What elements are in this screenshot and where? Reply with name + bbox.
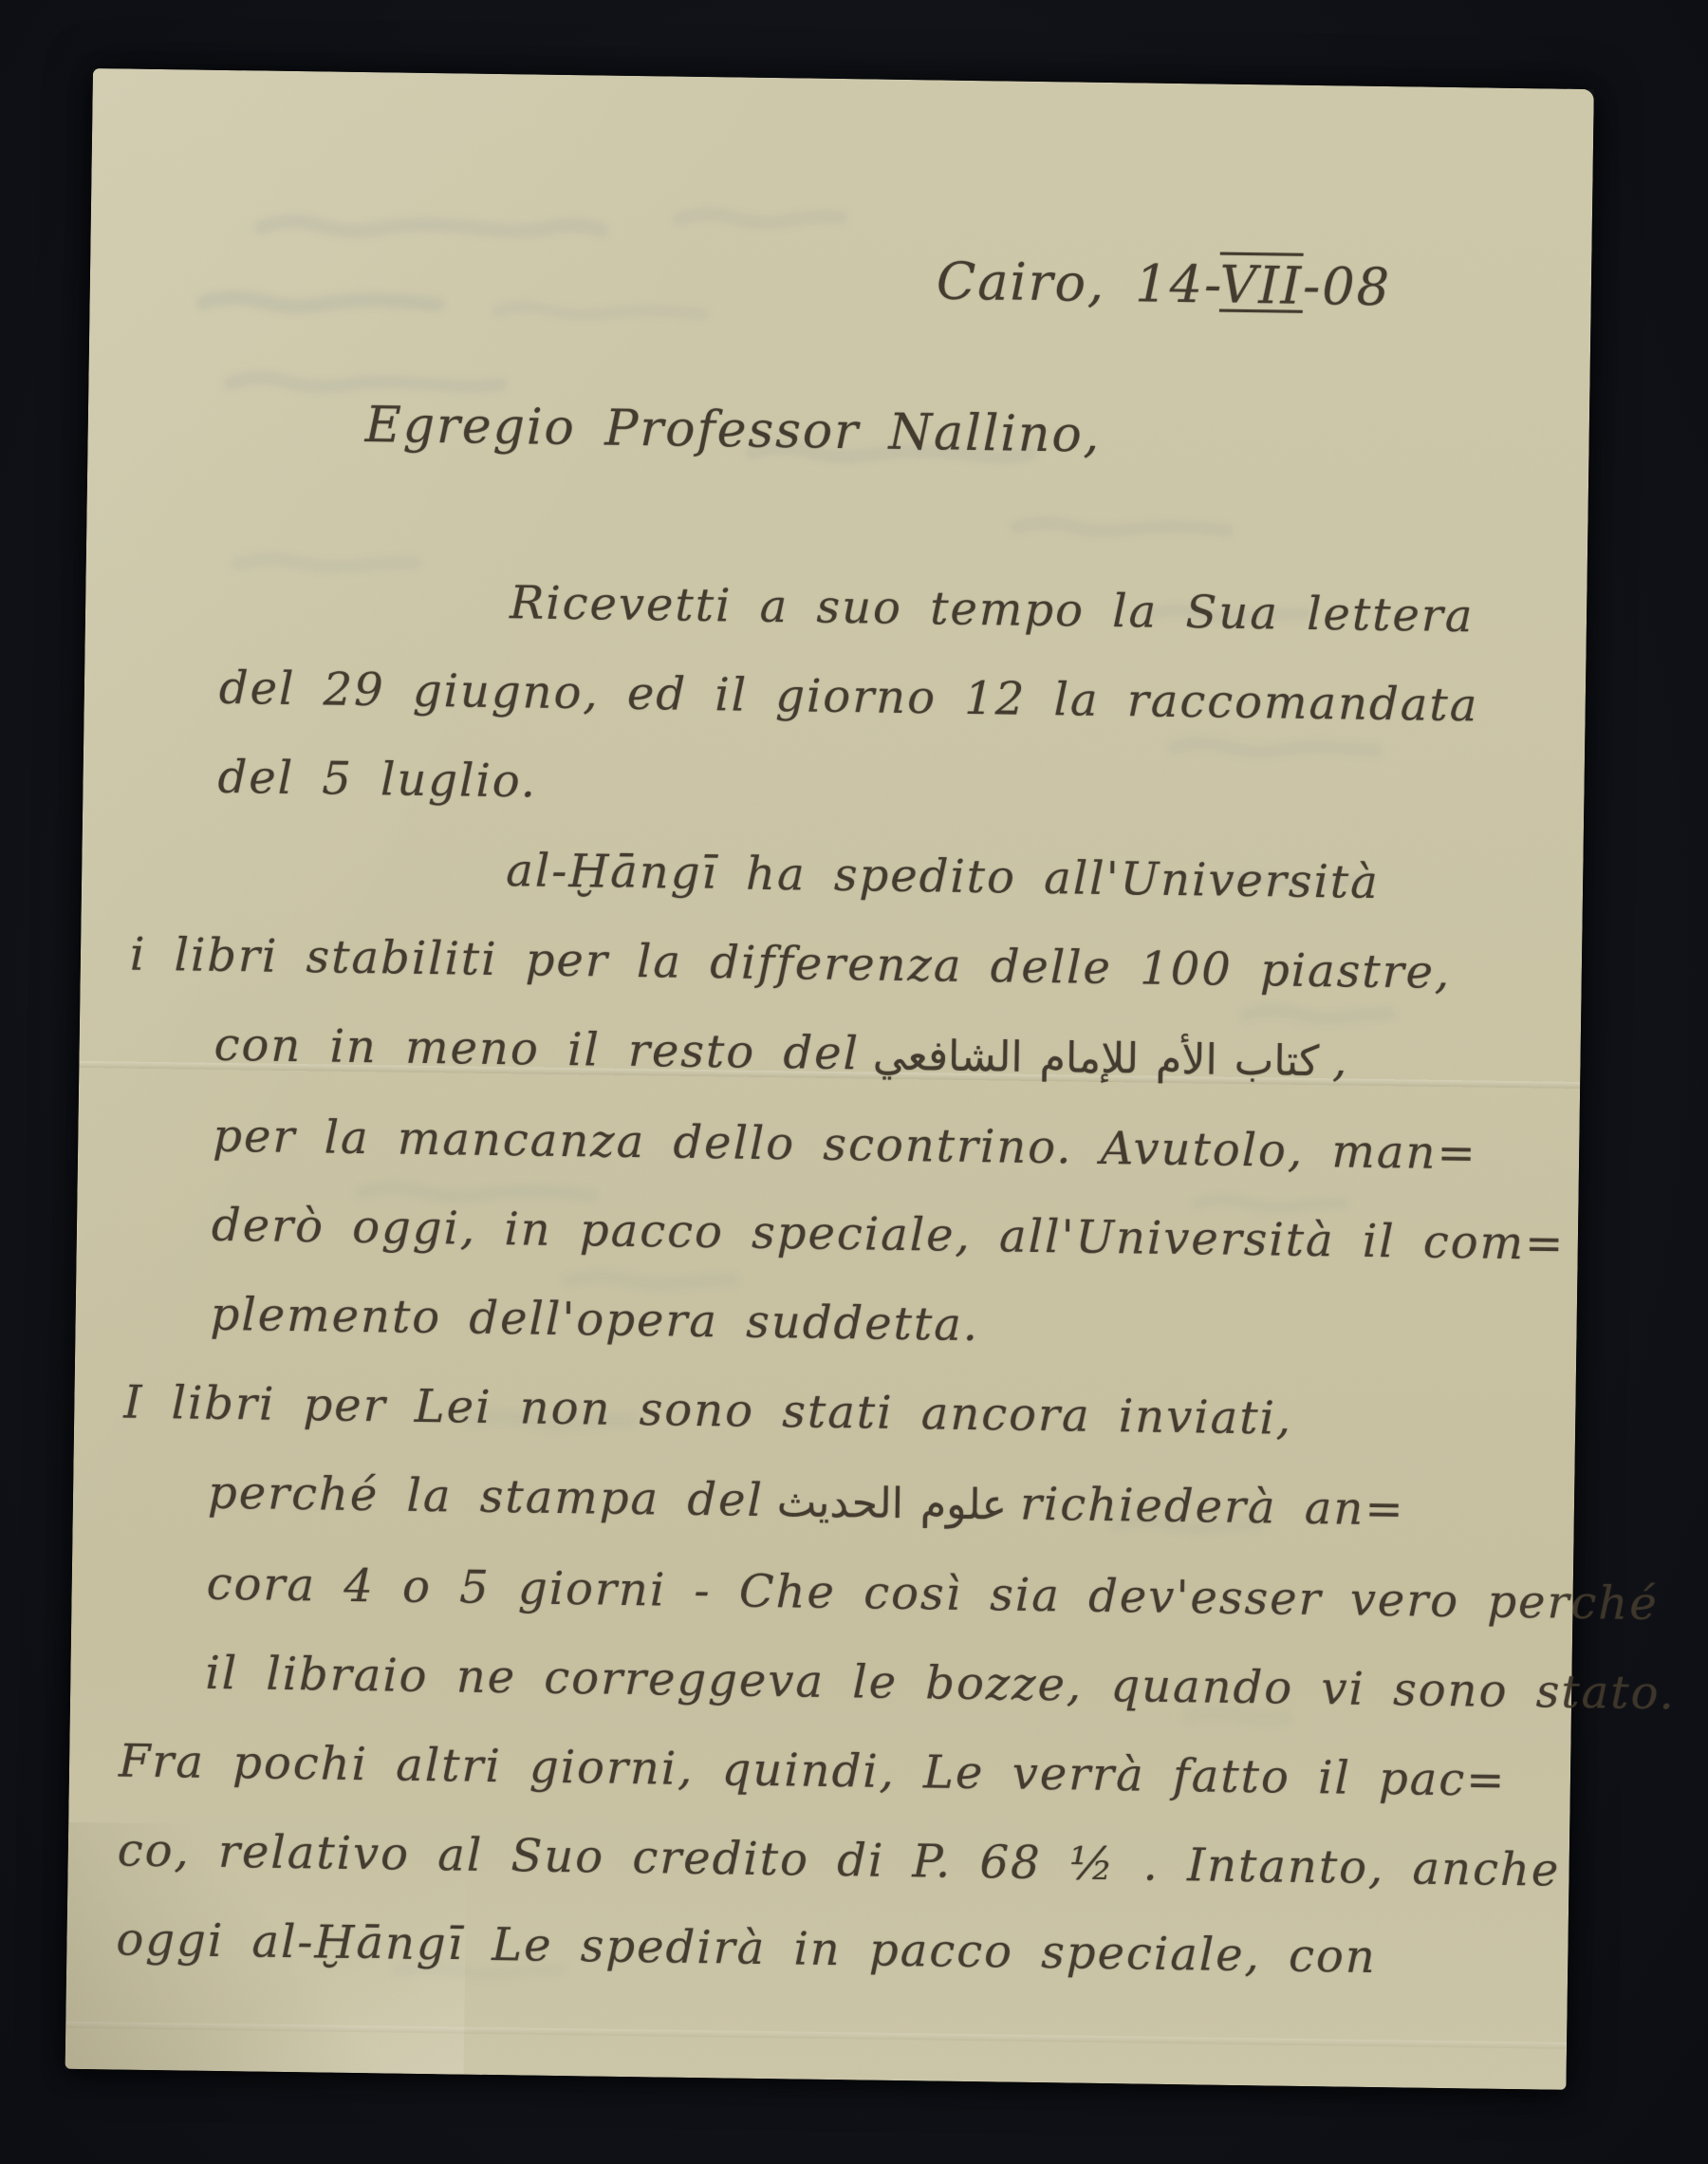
letter-text-segment: -08 xyxy=(1303,256,1392,317)
letter-text-segment: co, relativo al Suo credito di P. 68 ½ .… xyxy=(117,1824,1560,1897)
letter-text-segment: al-Ḫāngī ha spedito all'Università xyxy=(506,844,1380,909)
letter-text-segment: plemento dell'opera suddetta. xyxy=(210,1288,979,1352)
letter-text-segment: Egregio Professor Nallino, xyxy=(364,397,1101,464)
photo-background: Cairo, 14-VII-08Egregio Professor Nallin… xyxy=(0,0,1708,2164)
arabic-text-segment: كتاب الأم للإمام الشافعي xyxy=(860,1031,1333,1086)
letter-text-segment: del 5 luglio. xyxy=(217,751,537,809)
letter-text-segment: per la mancanza dello scontrino. Avutolo… xyxy=(213,1110,1477,1181)
arabic-text-segment: علوم الحديث xyxy=(764,1478,1021,1530)
letter-text-segment: Ricevetti a suo tempo la Sua lettera xyxy=(510,576,1475,643)
letter-text-segment: richiederà an= xyxy=(1020,1478,1405,1537)
letter-text-segment: VII xyxy=(1219,255,1304,316)
letter-text-segment: , xyxy=(1332,1034,1347,1087)
letter-body: Cairo, 14-VII-08Egregio Professor Nallin… xyxy=(65,68,1594,2090)
letter-text-segment: derò oggi, in pacco speciale, all'Univer… xyxy=(212,1199,1566,1271)
letter-text-segment: Cairo, 14- xyxy=(937,251,1220,314)
letter-line: oggi al-Ḫāngī Le spedirà in pacco specia… xyxy=(116,1895,1569,2005)
letter-text-segment: I libri per Lei non sono stati ancora in… xyxy=(123,1376,1293,1446)
letter-line: Egregio Professor Nallino, xyxy=(364,381,1589,487)
letter-text-segment: oggi al-Ḫāngī Le spedirà in pacco specia… xyxy=(116,1913,1377,1985)
letter-text-segment: del 29 giugno, ed il giorno 12 la raccom… xyxy=(219,662,1479,733)
letter-text-segment: cora 4 o 5 giorni - Che così sia dev'ess… xyxy=(206,1558,1659,1631)
letter-line: Ricevetti a suo tempo la Sua lettera xyxy=(510,558,1587,662)
letter-line: al-Ḫāngī ha spedito all'Università xyxy=(506,826,1584,930)
letter-page: Cairo, 14-VII-08Egregio Professor Nallin… xyxy=(65,68,1594,2090)
letter-text-segment: con in meno il resto del xyxy=(213,1018,860,1080)
letter-text-segment: il libraio ne correggeva le bozze, quand… xyxy=(205,1647,1676,1721)
letter-text-segment: perché la stampa del xyxy=(208,1466,765,1527)
letter-text-segment: Fra pochi altri giorni, quindi, Le verrà… xyxy=(119,1735,1507,1807)
letter-line: del 5 luglio. xyxy=(217,733,1585,841)
letter-text-segment: i libri stabiliti per la differenza dell… xyxy=(130,928,1452,999)
letter-line: Cairo, 14-VII-08 xyxy=(936,236,1591,335)
